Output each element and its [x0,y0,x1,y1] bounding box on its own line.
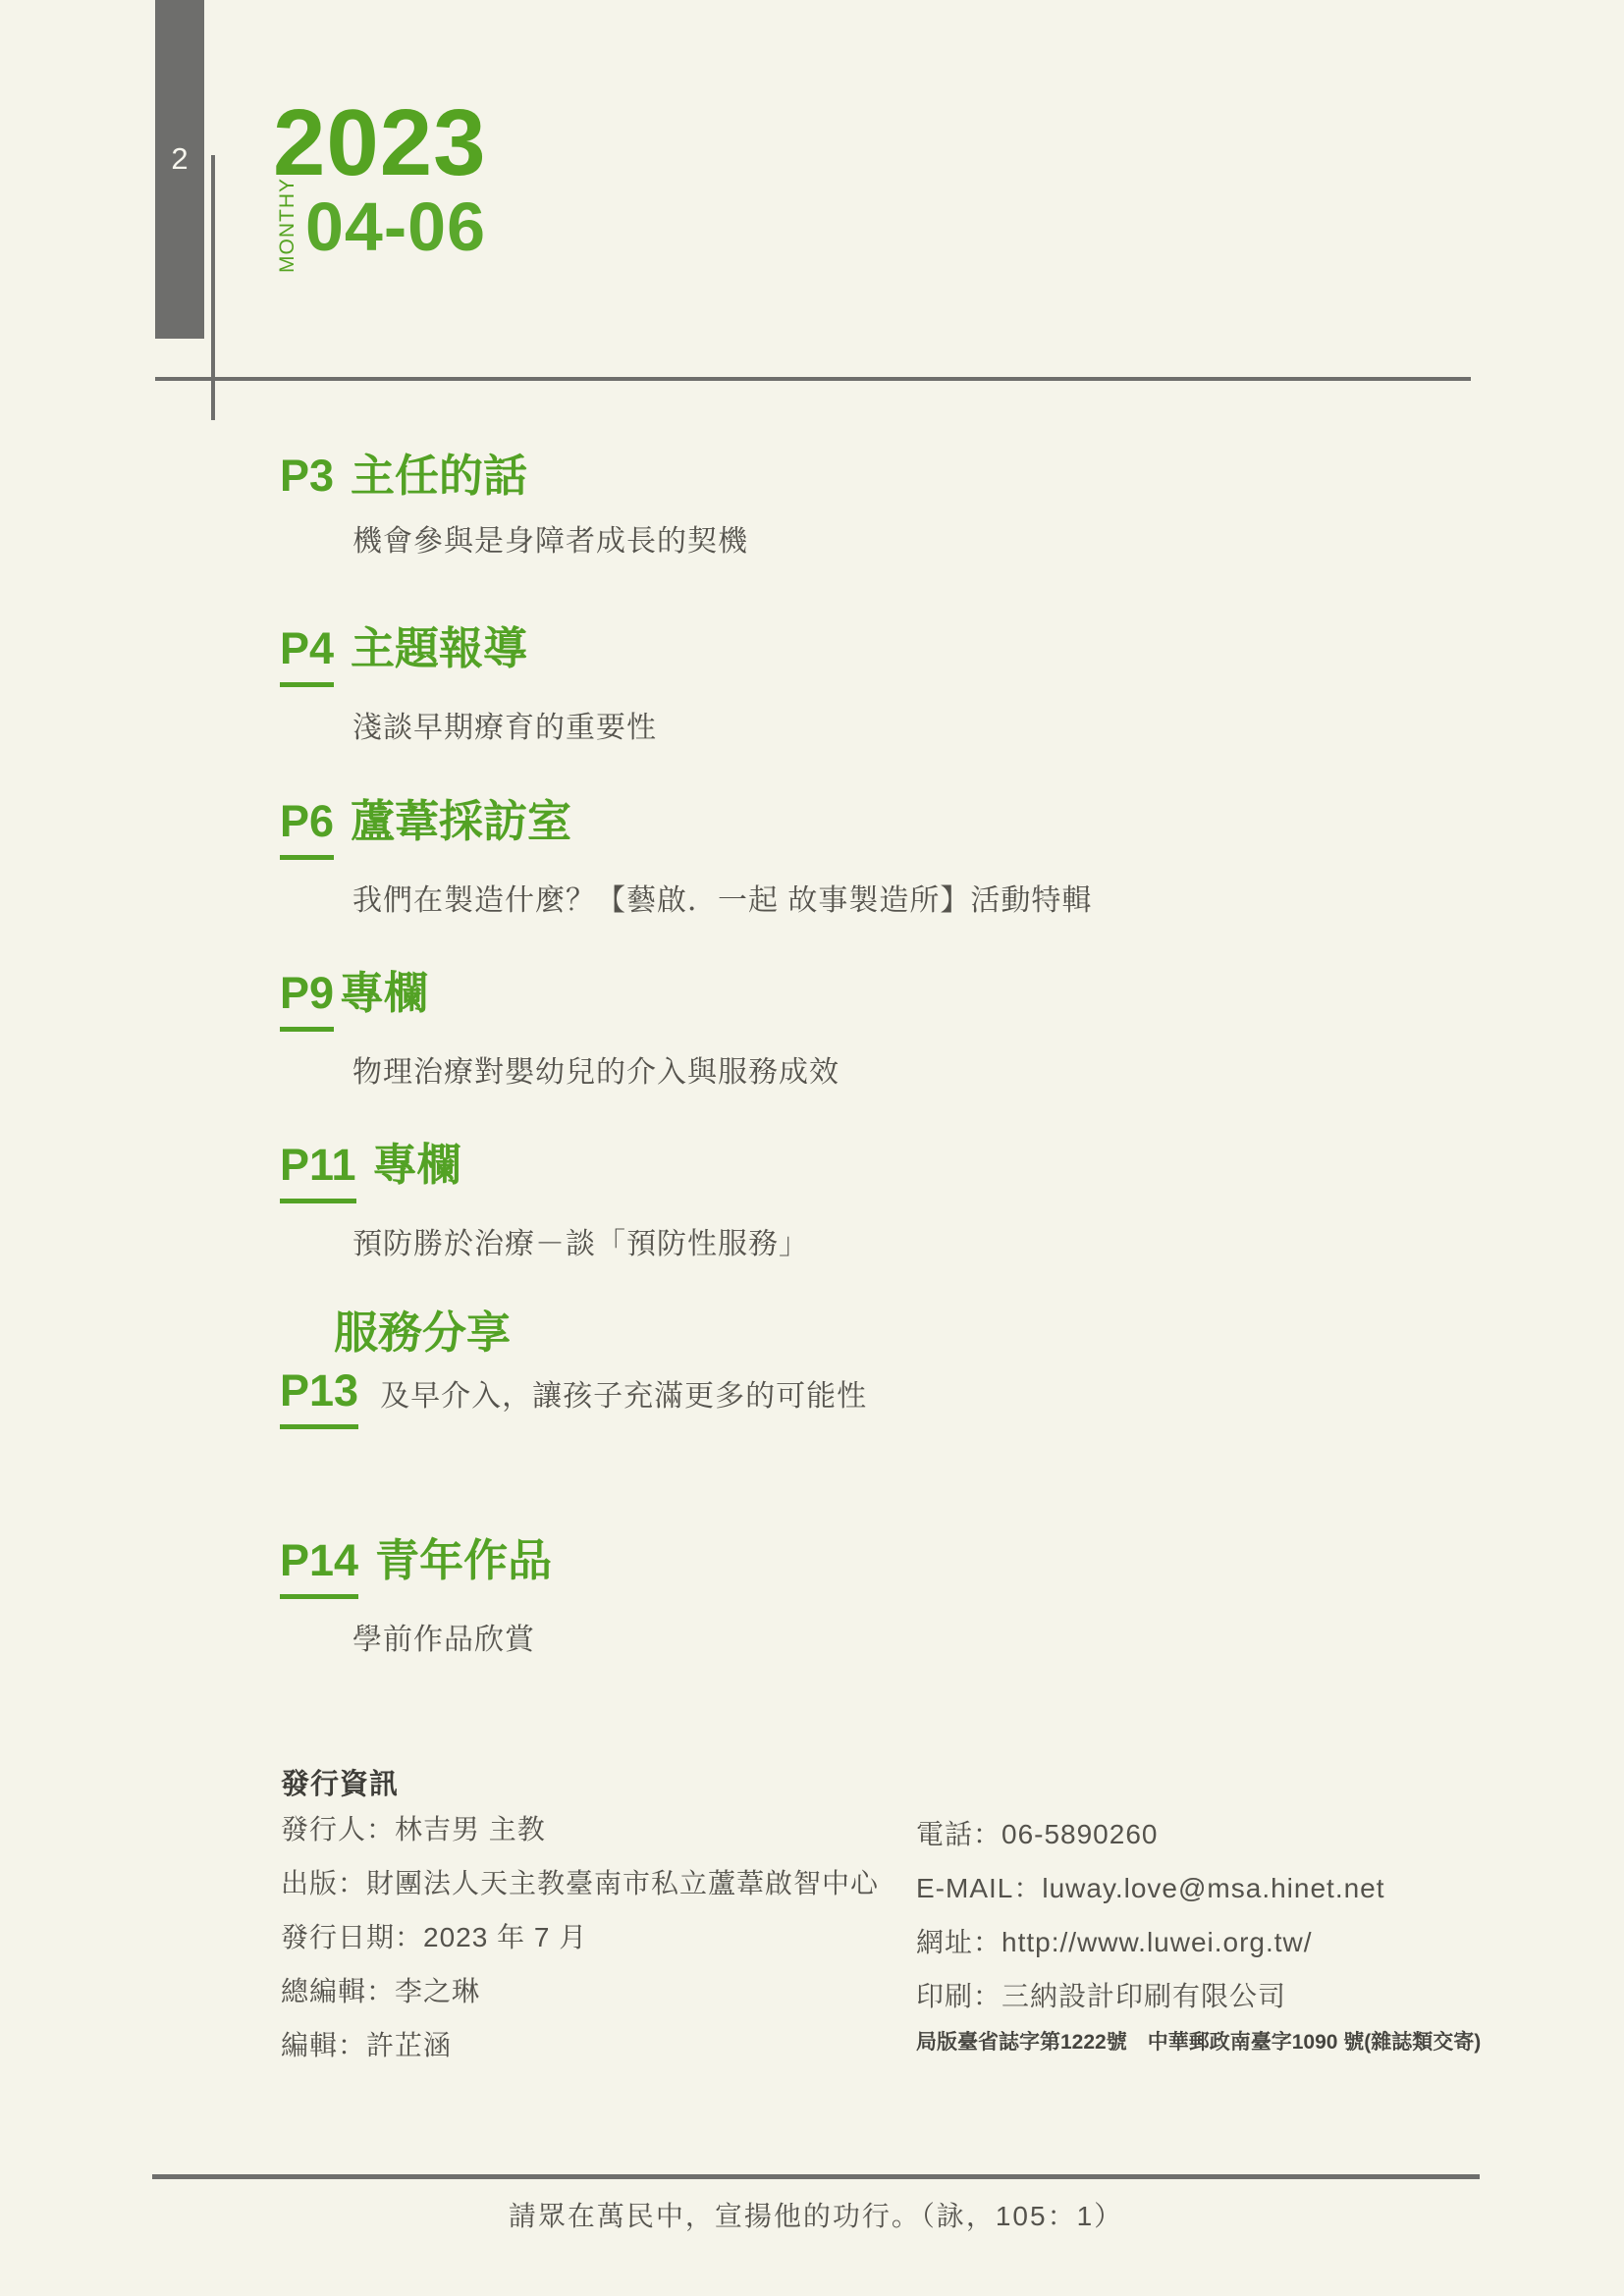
toc-entry-p13: P13 及早介入，讓孩子充滿更多的可能性 [280,1366,867,1429]
toc-entry-subtitle: 我們在製造什麼？【藝啟．一起 故事製造所】活動特輯 [352,876,1092,919]
publishing-left-column: 發行人：林吉男 主教 出版：財團法人天主教臺南市私立蘆葦啟智中心 發行日期：20… [281,1808,879,2078]
phone-number: 電話：06-5890260 [916,1813,1385,1867]
toc-entry-subtitle: 學前作品欣賞 [352,1615,552,1658]
toc-page-number: P4 [280,624,334,687]
website-url: 網址：http://www.luwei.org.tw/ [916,1921,1385,1975]
horizontal-rule [155,377,1471,381]
toc-heading: P4 主題報導 [280,624,657,687]
toc-entry-p9: P9 專欄 物理治療對嬰幼兒的介入與服務成效 [280,969,839,1091]
toc-page-number: P3 [280,452,334,501]
magazine-toc-page: 2 2023 MONTHY 04-06 P3 主任的話 機會參與是身障者成長的契… [0,0,1624,2296]
postal-license-line: 局版臺省誌字第1222號 中華郵政南臺字1090 號(雜誌類交寄) [916,2026,1481,2056]
toc-page-number: P13 [280,1366,358,1429]
toc-heading: P13 及早介入，讓孩子充滿更多的可能性 [280,1366,867,1429]
chief-editor: 總編輯：李之琳 [281,1970,879,2024]
toc-entry-p4: P4 主題報導 淺談早期療育的重要性 [280,624,657,746]
toc-entry-subtitle: 物理治療對嬰幼兒的介入與服務成效 [352,1047,839,1091]
toc-entry-subtitle: 及早介入，讓孩子充滿更多的可能性 [380,1380,867,1414]
toc-entry-subtitle: 預防勝於治療－談「預防性服務」 [352,1219,809,1262]
masthead-monthly-label: MONTHY [276,181,298,273]
toc-page-number: P9 [280,969,334,1032]
toc-entry-title: 青年作品 [375,1536,552,1585]
toc-entry-title: 蘆葦採訪室 [351,797,571,846]
masthead-month-range: 04-06 [305,192,486,261]
toc-entry-title: 專欄 [373,1141,461,1190]
toc-heading: P9 專欄 [280,969,839,1032]
toc-entry-title: 主任的話 [351,452,527,501]
footer-verse: 請眾在萬民中，宣揚他的功行。（詠，105：1） [152,2195,1480,2234]
editor: 編輯：許芷涵 [281,2024,879,2078]
toc-entry-p11: P11 專欄 預防勝於治療－談「預防性服務」 [280,1141,809,1262]
toc-entry-p14: P14 青年作品 學前作品欣賞 [280,1536,552,1658]
toc-page-number: P6 [280,797,334,860]
toc-heading: P6 蘆葦採訪室 [280,797,1092,860]
page-number-tab: 2 [155,0,204,339]
publishing-info-heading: 發行資訊 [281,1762,399,1802]
publish-date: 發行日期：2023 年 7 月 [281,1916,879,1970]
toc-section-label: 服務分享 [334,1308,511,1358]
masthead-year: 2023 [273,96,487,190]
footer-rule [152,2174,1480,2179]
toc-entry-p6: P6 蘆葦採訪室 我們在製造什麼？【藝啟．一起 故事製造所】活動特輯 [280,797,1092,919]
toc-page-number: P14 [280,1536,358,1599]
toc-entry-subtitle: 淺談早期療育的重要性 [352,703,657,746]
toc-entry-title: 主題報導 [351,624,527,673]
toc-heading: P14 青年作品 [280,1536,552,1599]
toc-entry-p3: P3 主任的話 機會參與是身障者成長的契機 [280,452,748,560]
toc-page-number: P11 [280,1141,356,1203]
toc-entry-title: 專欄 [340,969,428,1018]
toc-entry-subtitle: 機會參與是身障者成長的契機 [352,516,748,560]
publishing-right-column: 電話：06-5890260 E-MAIL：luway.love@msa.hine… [916,1813,1385,2029]
page-number: 2 [155,143,204,174]
email-address: E-MAIL：luway.love@msa.hinet.net [916,1867,1385,1921]
publisher-person: 發行人：林吉男 主教 [281,1808,879,1862]
toc-heading: P11 專欄 [280,1141,809,1203]
toc-heading: P3 主任的話 [280,452,748,501]
publisher-organization: 出版：財團法人天主教臺南市私立蘆葦啟智中心 [281,1862,879,1916]
printer-company: 印刷：三納設計印刷有限公司 [916,1975,1385,2029]
